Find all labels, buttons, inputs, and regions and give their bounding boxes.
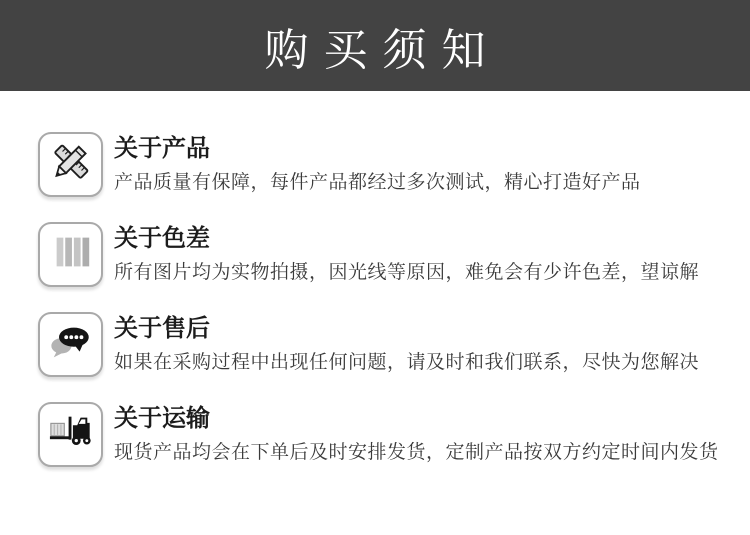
forklift-icon bbox=[48, 409, 94, 460]
section-description: 所有图片均为实物拍摄，因光线等原因，难免会有少许色差，望谅解 bbox=[114, 261, 699, 286]
section-title: 关于色差 bbox=[114, 225, 699, 254]
section-about-shipping: 关于运输 现货产品均会在下单后及时安排发货，定制产品按双方约定时间内发货 bbox=[38, 402, 750, 468]
section-title: 关于售后 bbox=[114, 315, 699, 344]
section-title: 关于产品 bbox=[114, 135, 641, 164]
chat-bubbles-icon bbox=[48, 319, 94, 370]
notice-sections: 关于产品 产品质量有保障，每件产品都经过多次测试，精心打造好产品 关于色差 所有… bbox=[0, 91, 750, 468]
purchase-notice-banner: 购买须知 bbox=[0, 0, 750, 91]
section-text: 关于售后 如果在采购过程中出现任何问题，请及时和我们联系，尽快为您解决 bbox=[114, 312, 699, 375]
section-text: 关于运输 现货产品均会在下单后及时安排发货，定制产品按双方约定时间内发货 bbox=[114, 402, 719, 465]
icon-box bbox=[38, 402, 103, 467]
icon-box bbox=[38, 222, 103, 287]
section-title: 关于运输 bbox=[114, 405, 719, 434]
section-about-aftersales: 关于售后 如果在采购过程中出现任何问题，请及时和我们联系，尽快为您解决 bbox=[38, 312, 750, 378]
ruler-pencil-icon bbox=[48, 139, 94, 190]
icon-box bbox=[38, 312, 103, 377]
section-description: 现货产品均会在下单后及时安排发货，定制产品按双方约定时间内发货 bbox=[114, 441, 719, 466]
color-swatch-bars-icon bbox=[48, 229, 94, 280]
section-about-color: 关于色差 所有图片均为实物拍摄，因光线等原因，难免会有少许色差，望谅解 bbox=[38, 222, 750, 288]
section-text: 关于色差 所有图片均为实物拍摄，因光线等原因，难免会有少许色差，望谅解 bbox=[114, 222, 699, 285]
icon-box bbox=[38, 132, 103, 197]
section-about-product: 关于产品 产品质量有保障，每件产品都经过多次测试，精心打造好产品 bbox=[38, 132, 750, 198]
section-text: 关于产品 产品质量有保障，每件产品都经过多次测试，精心打造好产品 bbox=[114, 132, 641, 195]
page-title: 购买须知 bbox=[250, 14, 501, 78]
section-description: 如果在采购过程中出现任何问题，请及时和我们联系，尽快为您解决 bbox=[114, 351, 699, 376]
section-description: 产品质量有保障，每件产品都经过多次测试，精心打造好产品 bbox=[114, 171, 641, 196]
